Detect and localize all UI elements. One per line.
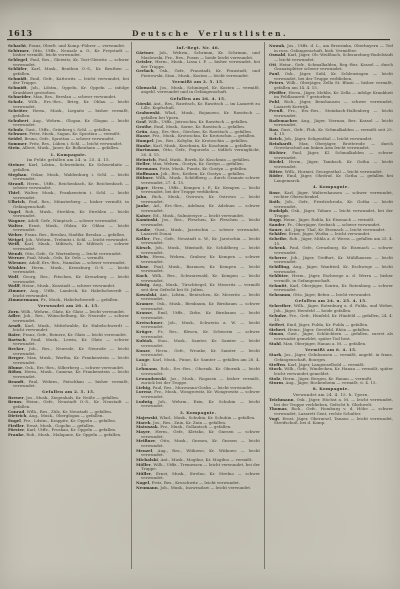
casualty-entry: Stein, Albert, Musk., Jauer, Kr. Bolkenh… [8, 146, 129, 151]
casualty-entry: Ludwig, Joh., Wehrm., Exin, Kr. Schubin … [136, 400, 260, 409]
page-title: Deutsche Verlustlisten. [40, 29, 380, 38]
casualty-entry: Glowacki, Jos., Musk., Schmiegel, Kr. Ko… [136, 86, 260, 95]
casualty-entry: Sturm, Aug., Jäger, Bockenheim — vermißt… [269, 381, 393, 386]
column-middle: Inf.-Regt. Nr. 46.Gärtner, Joh., Wehrm.,… [136, 44, 260, 569]
casualty-entry: Vogt, Ernst, Jäger, Oberursel, Taunus — … [269, 417, 393, 426]
casualty-entry: Röder, Emil, Jäger, Ohrdruf, Kr. Gotha —… [269, 174, 393, 183]
casualty-entry: Zimmermann, Fr., Musk., Habelschwerdt — … [8, 298, 129, 303]
column-left: Schacht, Franz, Oberlt. und Komp.-Führer… [8, 44, 129, 569]
column-divider-2 [264, 42, 265, 569]
casualty-entry: Neumann, Joh., Musk., Inowrazlaw — leich… [136, 486, 260, 491]
casualty-entry: Brandt, Paul, Wehrm., Patschkau — bisher… [8, 380, 129, 389]
casualty-entry: Schramm, Otto, Jäger, Bebra — leicht ver… [269, 293, 393, 298]
casualty-entry: Franke, Rob., Musk., Malapane, Kr. Oppel… [8, 433, 129, 438]
casualty-entry: Stahl, Max, Oberjäger, Hanau a. M. — gef… [269, 342, 393, 347]
page-number: 1613 [8, 28, 33, 38]
column-divider-1 [131, 42, 132, 569]
scanned-page: 1613 Deutsche Verlustlisten. Schacht, Fr… [0, 0, 400, 589]
casualty-entry: Gerlach, Osk., Gefr., Fraustadt, Kr. Fra… [136, 69, 260, 78]
column-right: Nowak, Jos., Utffz. d. L., am Brzezinka,… [269, 44, 393, 569]
header-rule [7, 39, 390, 40]
